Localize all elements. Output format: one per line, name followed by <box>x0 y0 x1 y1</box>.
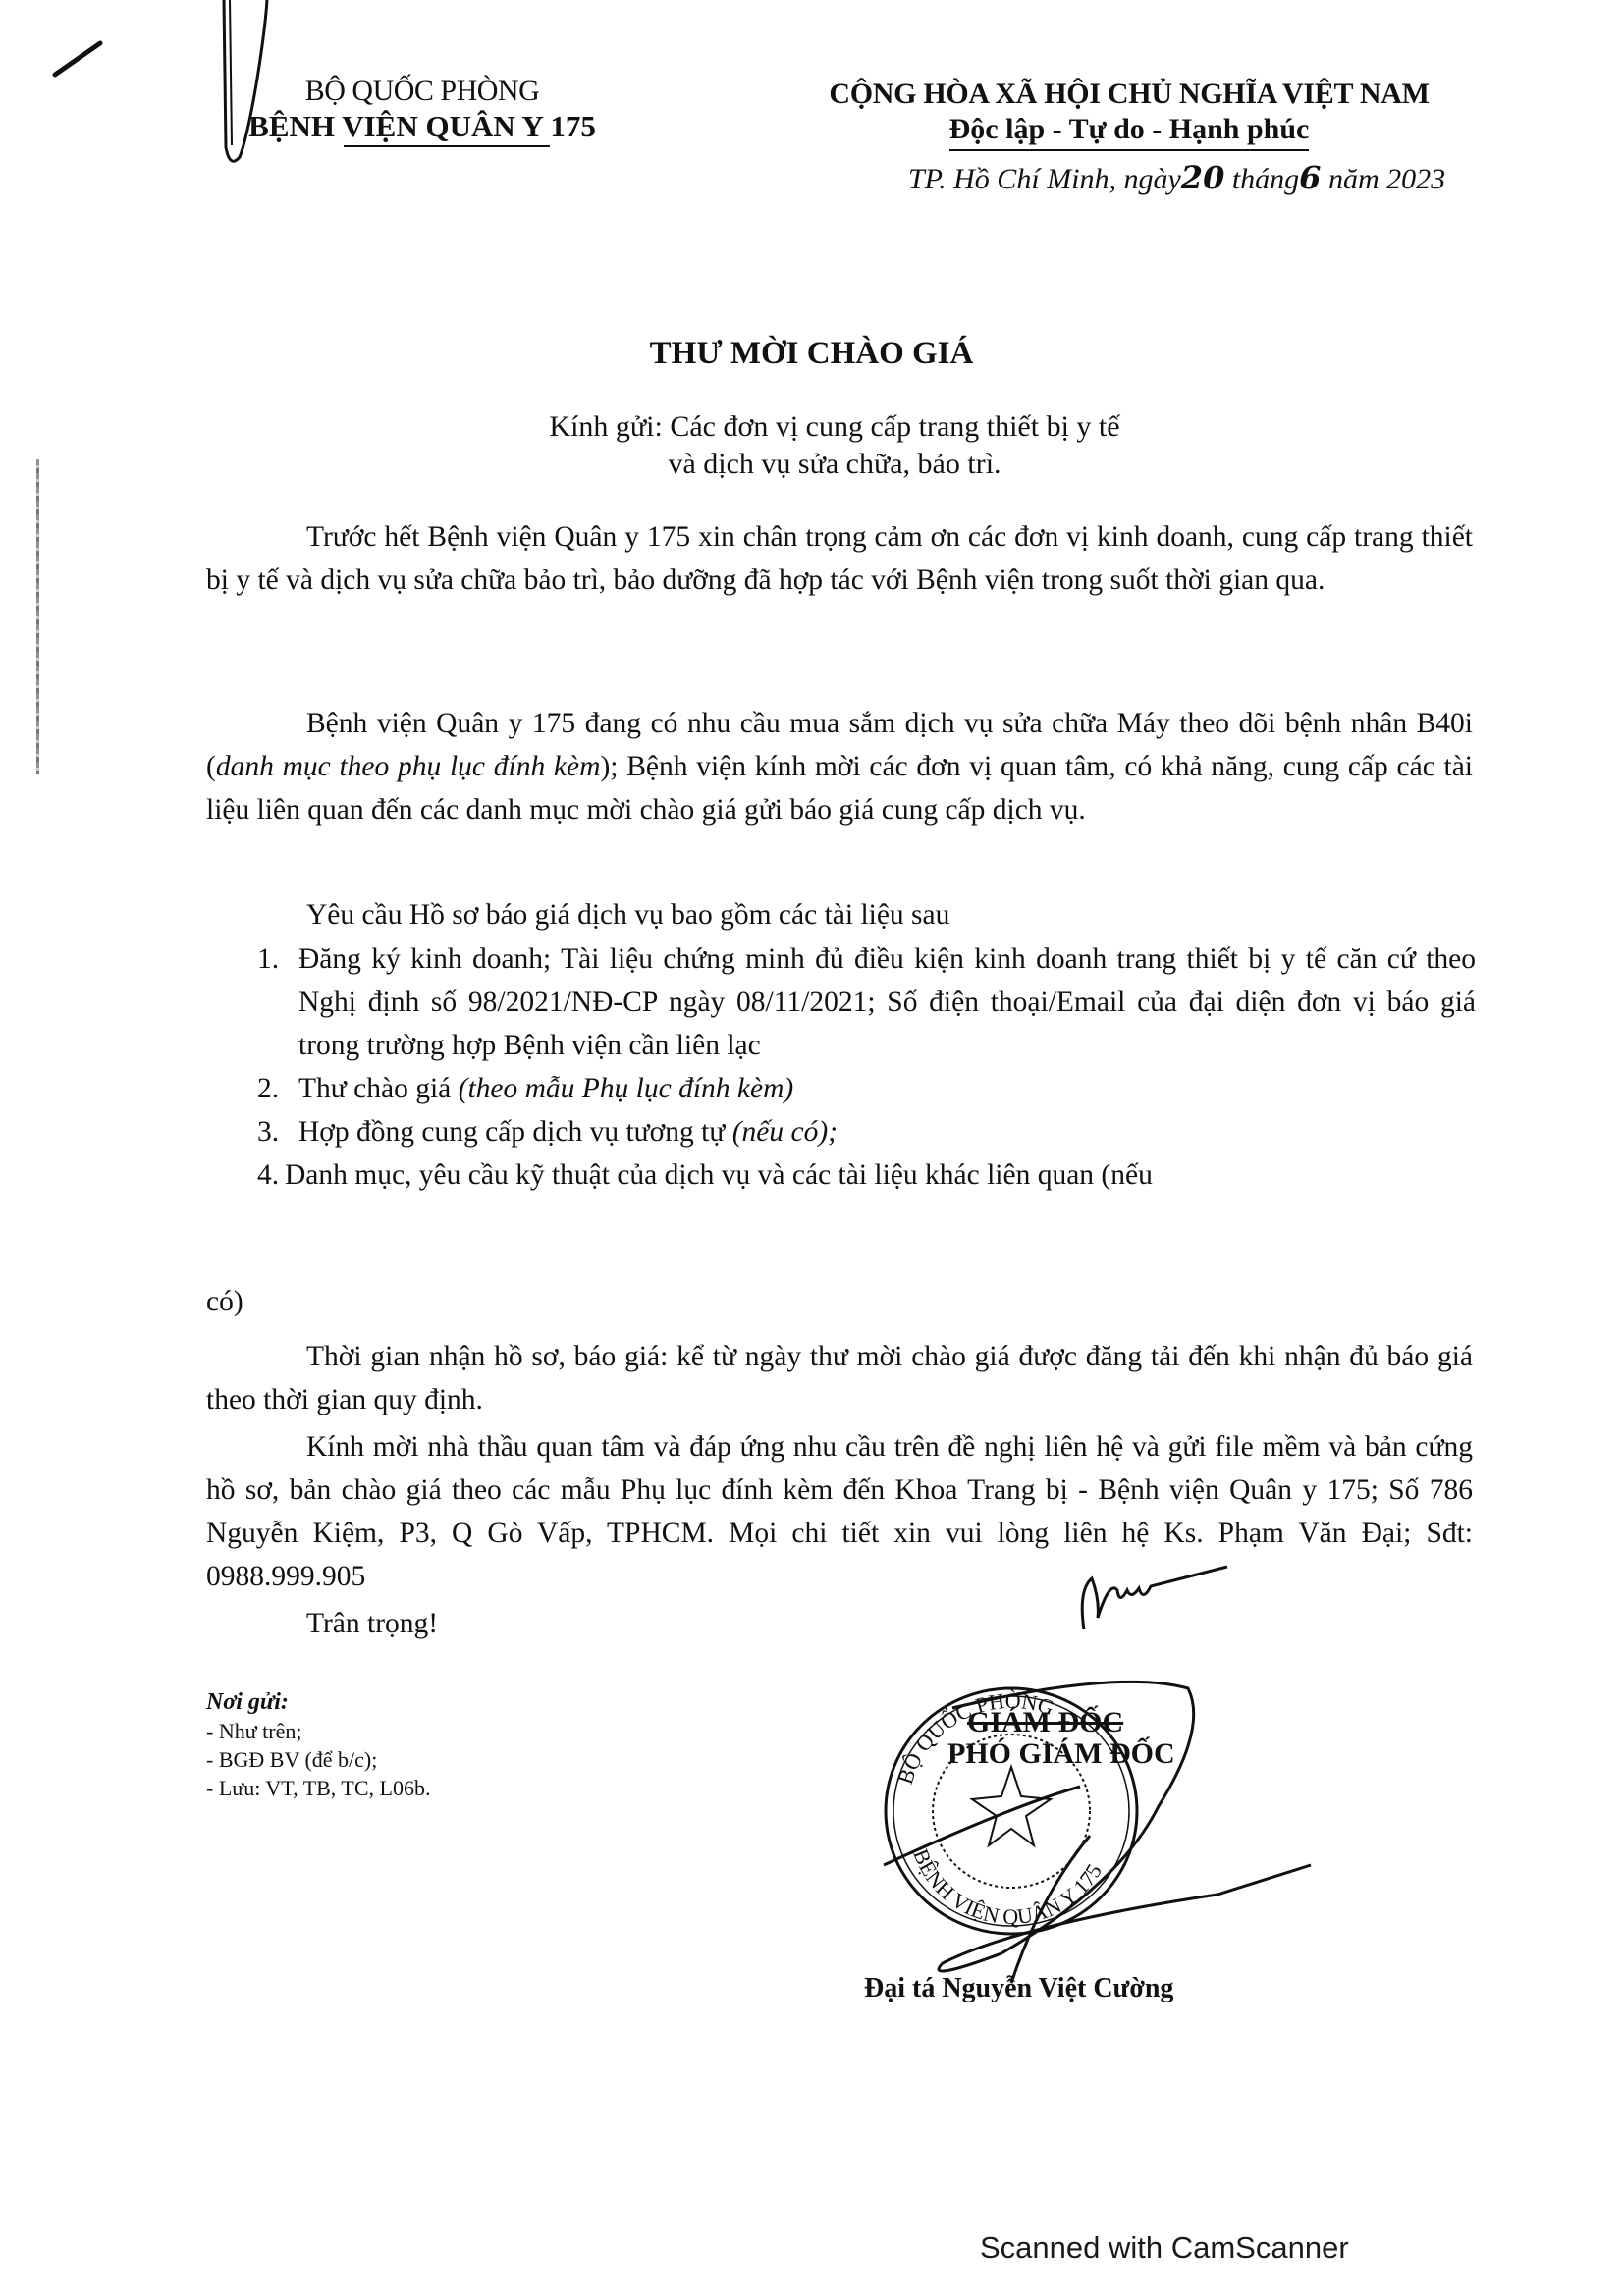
distribution-item: - Như trên; <box>206 1717 430 1745</box>
requirement-item: 1. Đăng ký kinh doanh; Tài liệu chứng mi… <box>243 937 1476 1067</box>
distribution-item: - BGĐ BV (để b/c); <box>206 1745 430 1774</box>
scanner-watermark: Scanned with CamScanner <box>980 2230 1349 2266</box>
divider <box>344 145 550 147</box>
distribution-list: Nơi gửi: - Như trên; - BGĐ BV (để b/c); … <box>206 1688 430 1802</box>
paragraph-intro: Trước hết Bệnh viện Quân y 175 xin chân … <box>206 515 1473 602</box>
republic-name: CỘNG HÒA XÃ HỘI CHỦ NGHĨA VIỆT NAM <box>776 77 1483 112</box>
initial-signature <box>1070 1561 1247 1639</box>
date-month: 6 <box>1299 159 1321 196</box>
initial-mark <box>208 0 277 172</box>
paragraph-contact: Kính mời nhà thầu quan tâm và đáp ứng nh… <box>206 1425 1473 1598</box>
date-month-label: tháng <box>1232 163 1299 195</box>
national-header: CỘNG HÒA XÃ HỘI CHỦ NGHĨA VIỆT NAM Độc l… <box>776 77 1483 151</box>
closing: Trân trọng! <box>306 1608 438 1640</box>
paragraph-request: Bệnh viện Quân y 175 đang có nhu cầu mua… <box>206 702 1473 831</box>
scan-artifact <box>36 459 39 774</box>
requirement-item-wrap: có) <box>206 1286 243 1318</box>
requirement-item: 2. Thư chào giá (theo mẫu Phụ lục đính k… <box>243 1067 1476 1110</box>
request-note: danh mục theo phụ lục đính kèm <box>216 751 601 782</box>
requirements-heading: Yêu cầu Hồ sơ báo giá dịch vụ bao gồm cá… <box>306 893 1475 936</box>
requirement-item: 3. Hợp đồng cung cấp dịch vụ tương tự (n… <box>243 1110 1476 1153</box>
document-title: THƯ MỜI CHÀO GIÁ <box>0 336 1623 372</box>
recipient-line-1: Kính gửi: Các đơn vị cung cấp trang thiế… <box>442 408 1227 446</box>
paragraph-deadline: Thời gian nhận hồ sơ, báo giá: kể từ ngà… <box>206 1335 1473 1421</box>
national-motto: Độc lập - Tự do - Hạnh phúc <box>949 112 1310 151</box>
date-day: 20 <box>1181 159 1225 196</box>
recipient: Kính gửi: Các đơn vị cung cấp trang thiế… <box>442 408 1227 483</box>
pen-mark <box>49 37 108 81</box>
date-line: TP. Hồ Chí Minh, ngày20 tháng6 năm 2023 <box>908 159 1445 196</box>
distribution-heading: Nơi gửi: <box>206 1688 430 1717</box>
handwritten-signature <box>864 1669 1316 1993</box>
distribution-item: - Lưu: VT, TB, TC, L06b. <box>206 1774 430 1802</box>
requirements-list: 1. Đăng ký kinh doanh; Tài liệu chứng mi… <box>243 937 1476 1197</box>
requirement-item: 4. Danh mục, yêu cầu kỹ thuật của dịch v… <box>243 1153 1476 1197</box>
signer-name: Đại tá Nguyễn Việt Cường <box>864 1973 1173 2004</box>
date-prefix: TP. Hồ Chí Minh, ngày <box>908 163 1181 195</box>
recipient-line-2: và dịch vụ sửa chữa, bảo trì. <box>442 446 1227 483</box>
date-year: năm 2023 <box>1328 163 1445 195</box>
